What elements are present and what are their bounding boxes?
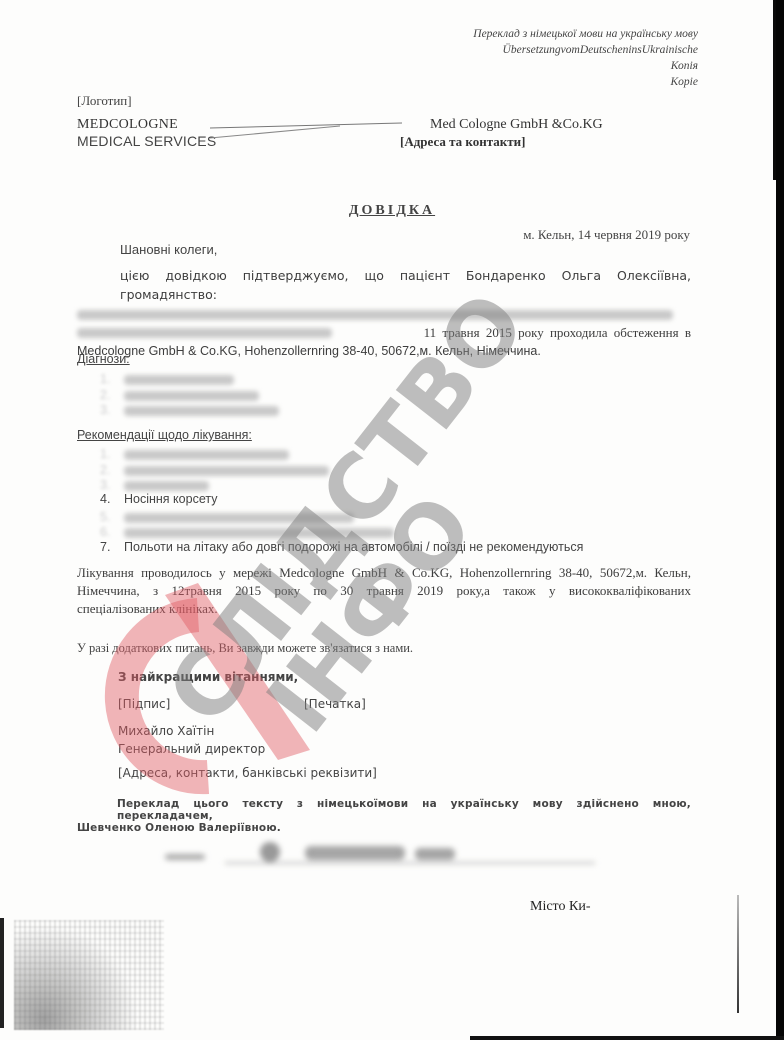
translation-note-line: Копія	[473, 58, 698, 74]
signer-name: Михайло Хаїтін	[118, 724, 214, 738]
translator-statement: Переклад цього тексту з німецькоїмови на…	[77, 798, 691, 834]
intro-line: цією довідкою підтверджуємо, що пацієнт …	[77, 266, 691, 304]
diagnoses-heading: Діагнози:	[77, 352, 130, 366]
city-fragment: Місто Ки-	[530, 899, 590, 915]
salutation: Шановні колеги,	[120, 242, 217, 257]
diagnosis-item: 1.	[100, 372, 234, 386]
scan-edge-notch	[773, 0, 776, 180]
scan-noise	[14, 920, 164, 1030]
intro-line-partial: 11 травня 2015 року проходила обстеження…	[77, 323, 691, 342]
recommendation-item: 1.	[100, 447, 289, 461]
recommendation-item: 2.	[100, 463, 329, 477]
translator-signature	[165, 840, 595, 868]
translation-note: Переклад з німецької мови на українську …	[473, 26, 698, 90]
intro-line: Medcologne GmbH & Co.KG, Hohenzollernrin…	[77, 342, 691, 361]
scan-edge-bottom	[470, 1036, 784, 1040]
intro-paragraph: цією довідкою підтверджуємо, що пацієнт …	[77, 266, 691, 361]
translation-note-line: Kopie	[473, 74, 698, 90]
place-date: м. Кельн, 14 червня 2019 року	[523, 227, 690, 243]
brand-name: MEDCOLOGNE	[77, 117, 178, 133]
company-name: Med Cologne GmbH &Co.KG	[430, 117, 603, 133]
scan-edge-left	[0, 918, 4, 1028]
signer-title: Генеральний директор	[118, 742, 265, 756]
scan-edge-right	[776, 0, 784, 1040]
address-placeholder: [Адреса та контакти]	[400, 134, 525, 150]
recommendation-item: 4.Носіння корсету	[100, 492, 217, 506]
logo-placeholder: [Логотип]	[77, 93, 132, 109]
recommendations-heading: Рекомендації щодо лікування:	[77, 428, 252, 442]
translation-note-line: Переклад з німецької мови на українську …	[473, 26, 698, 42]
translator-line: Переклад цього тексту з німецькоїмови на…	[77, 798, 691, 822]
translator-line: Шевченко Оленою Валеріївною.	[77, 822, 691, 834]
intro-line-redacted	[77, 304, 691, 323]
diagnosis-item: 3.	[100, 403, 279, 417]
document-title: ДОВІДКА	[0, 201, 784, 219]
signature-placeholder: [Підпис]	[118, 697, 170, 711]
letterhead-rule	[180, 118, 410, 144]
translation-note-line: ÜbersetzungvomDeutscheninsUkrainische	[473, 42, 698, 58]
diagnosis-item: 2.	[100, 388, 259, 402]
footer-placeholder: [Адреса, контакти, банківські реквізити]	[118, 766, 377, 780]
scan-vertical-line	[737, 895, 739, 1013]
recommendation-item: 3.	[100, 478, 209, 492]
